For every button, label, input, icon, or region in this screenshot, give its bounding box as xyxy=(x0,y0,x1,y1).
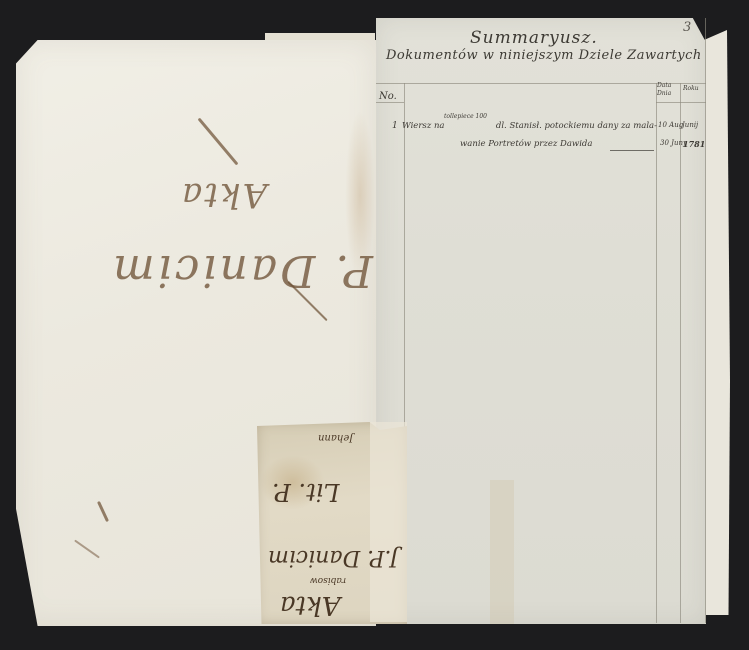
envelope-text-2: Lit. P. xyxy=(272,478,339,506)
entry-line-1-prefix: Wiersz na xyxy=(402,121,444,131)
envelope-text-5: Akta xyxy=(280,590,340,620)
column-header-number: No. xyxy=(379,91,397,102)
date-col-rule xyxy=(656,102,706,103)
fold-stain xyxy=(490,480,514,624)
page-subtitle: Dokumentów w niniejszym Dziele Zawartych xyxy=(386,48,702,63)
entry-year-line-1: Junij xyxy=(682,121,698,129)
year-column-line xyxy=(680,83,681,623)
entry-filler-dash xyxy=(610,150,654,151)
entry-line-2: wanie Portretów przez Dawida xyxy=(460,139,592,149)
page-title: Summaryusz. xyxy=(470,28,598,48)
number-col-rule xyxy=(376,102,404,103)
entry-year-line-2: 1781 xyxy=(683,139,705,149)
scanned-document: Akta J.P. Danicim 3 Summaryusz. Dokument… xyxy=(0,0,749,650)
entry-number: 1 xyxy=(392,121,398,131)
left-inscription-upper: Akta xyxy=(180,175,267,215)
left-sheet-tab xyxy=(265,33,375,41)
envelope-text-1: Jehann xyxy=(318,432,353,443)
entry-line-1: Wiersz na dl. Stanisł. potockiemu dany z… xyxy=(402,121,657,131)
envelope-text-3: J.P. Danicim xyxy=(268,545,399,570)
date-column-line xyxy=(656,83,657,623)
entry-line-1-main: dl. Stanisł. potockiemu dany za mala- xyxy=(496,121,657,131)
envelope-flap xyxy=(370,422,407,622)
column-header-date: Data Dnia xyxy=(657,82,679,98)
entry-interlinear-insert: tollepiece 100 xyxy=(444,113,487,120)
entry-date-line-1: 10 Aug xyxy=(658,121,683,129)
column-header-year: Roku xyxy=(683,85,699,92)
right-margin-line xyxy=(705,18,706,623)
left-inscription-lower: J.P. Danicim xyxy=(110,245,407,296)
page-number: 3 xyxy=(683,20,691,35)
envelope-text-4: rabisow xyxy=(310,575,346,585)
